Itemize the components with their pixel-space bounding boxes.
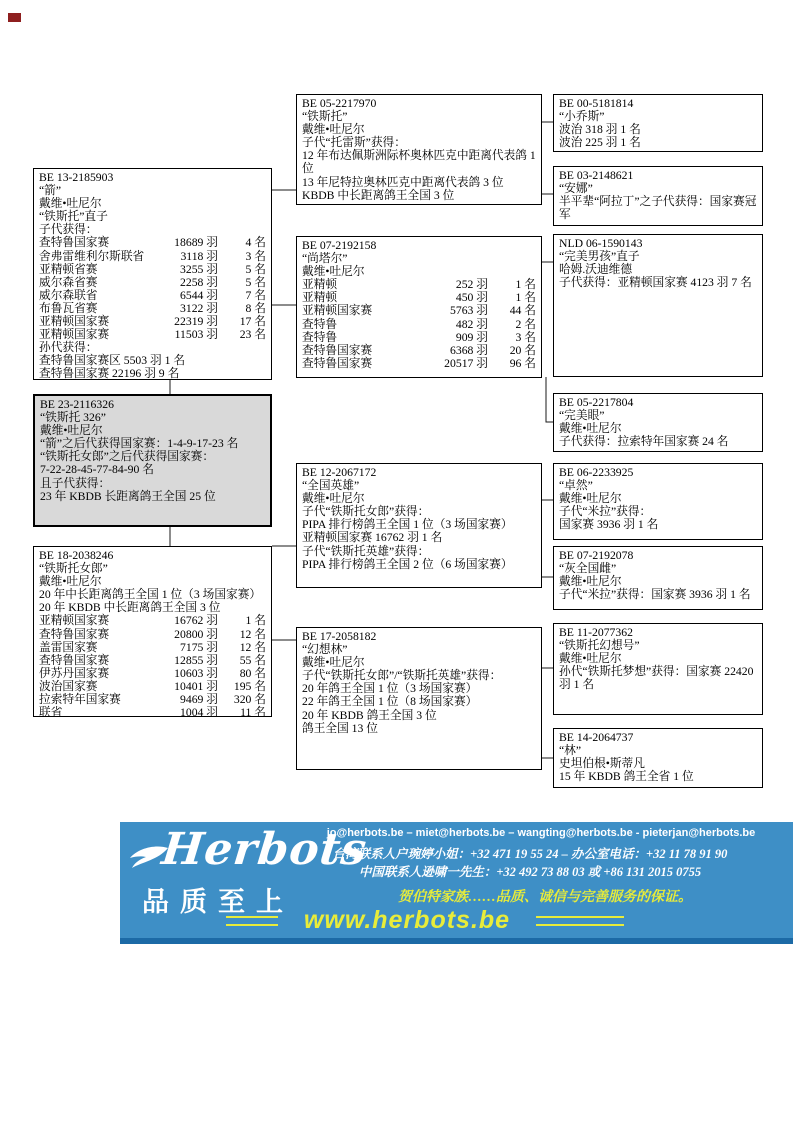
race-result-row: 布鲁瓦省赛3122 羽8 名 bbox=[39, 302, 266, 315]
pedigree-text-line: BE 13-2185903 bbox=[39, 171, 266, 184]
pedigree-box-R6: BE 07-2192078“灰全国雌”戴维•吐尼尔子代“米拉”获得：国家赛 39… bbox=[553, 546, 763, 610]
pedigree-text-line: 孙代获得： bbox=[39, 341, 266, 354]
pedigree-text-line: 23 年 KBDB 长距离鸽王全国 25 位 bbox=[40, 490, 265, 503]
pedigree-text-line: 戴维•吐尼尔 bbox=[39, 197, 266, 210]
pedigree-text-line: 哈姆.沃迪维德 bbox=[559, 263, 757, 276]
result-birds: 16762 羽 bbox=[154, 614, 218, 627]
race-result-row: 联省1004 羽11 名 bbox=[39, 706, 266, 717]
pedigree-text-line: 戴维•吐尼尔 bbox=[559, 492, 757, 505]
pedigree-text-line: 20 年 KBDB 中长距离鸽王全国 3 位 bbox=[39, 601, 266, 614]
result-rank: 12 名 bbox=[218, 641, 266, 654]
result-rank: 1 名 bbox=[488, 291, 536, 304]
pedigree-text-line: 22 年鸽王全国 1 位（8 场国家赛） bbox=[302, 695, 536, 708]
pedigree-text-line: “幻想林” bbox=[302, 643, 536, 656]
pedigree-box-R2: BE 03-2148621“安娜”半平辈“阿拉丁”之子代获得：国家赛冠军 bbox=[553, 166, 763, 226]
result-rank: 12 名 bbox=[218, 628, 266, 641]
pedigree-text-line: 子代“铁斯托女郎”获得： bbox=[302, 505, 536, 518]
pedigree-text-line: “小乔斯” bbox=[559, 110, 757, 123]
pedigree-text-line: 子代“托雷斯”获得： bbox=[302, 136, 536, 149]
result-birds: 2258 羽 bbox=[154, 276, 218, 289]
pedigree-text-line: NLD 06-1590143 bbox=[559, 237, 757, 250]
result-race: 亚精顿国家赛 bbox=[39, 328, 154, 341]
race-result-row: 查特鲁国家赛20517 羽96 名 bbox=[302, 357, 536, 370]
pedigree-text-line: 子代“米拉”获得：国家赛 3936 羽 1 名 bbox=[559, 588, 757, 601]
pedigree-box-R3: NLD 06-1590143“完美男孩”直子哈姆.沃迪维德子代获得：亚精顿国家赛… bbox=[553, 234, 763, 377]
result-birds: 1004 羽 bbox=[154, 706, 218, 717]
pedigree-text-line: 戴维•吐尼尔 bbox=[559, 422, 757, 435]
pedigree-text-line: BE 05-2217804 bbox=[559, 396, 757, 409]
pedigree-box-R5: BE 06-2233925“卓然”戴维•吐尼尔子代“米拉”获得：国家赛 3936… bbox=[553, 463, 763, 540]
pedigree-box-L2: BE 23-2116326“铁斯托 326”戴维•吐尼尔“箭”之后代获得国家赛：… bbox=[33, 394, 272, 527]
family-slogan: 贺伯特家族……品质、诚信与完善服务的保证。 bbox=[315, 886, 775, 906]
result-birds: 6544 羽 bbox=[154, 289, 218, 302]
result-rank: 11 名 bbox=[218, 706, 266, 717]
result-birds: 10401 羽 bbox=[154, 680, 218, 693]
result-rank: 80 名 bbox=[218, 667, 266, 680]
result-birds: 9469 羽 bbox=[154, 693, 218, 706]
race-result-row: 威尔森省赛2258 羽5 名 bbox=[39, 276, 266, 289]
pedigree-text-line: BE 11-2077362 bbox=[559, 626, 757, 639]
pedigree-text-line: PIPA 排行榜鸽王全国 1 位（3 场国家赛） bbox=[302, 518, 536, 531]
result-race: 拉索特年国家赛 bbox=[39, 693, 154, 706]
result-rank: 4 名 bbox=[218, 236, 266, 249]
pedigree-text-line: 20 年中长距离鸽王全国 1 位（3 场国家赛） bbox=[39, 588, 266, 601]
result-birds: 22319 羽 bbox=[154, 315, 218, 328]
pedigree-box-L3: BE 18-2038246“铁斯托女郎”戴维•吐尼尔20 年中长距离鸽王全国 1… bbox=[33, 546, 272, 717]
race-result-row: 查特鲁国家赛12855 羽55 名 bbox=[39, 654, 266, 667]
pedigree-text-line: 史坦伯根•斯蒂凡 bbox=[559, 757, 757, 770]
race-result-row: 亚精顿国家赛16762 羽1 名 bbox=[39, 614, 266, 627]
pedigree-page: BE 13-2185903“箭”戴维•吐尼尔“铁斯托”直子子代获得：查特鲁国家赛… bbox=[0, 0, 793, 1122]
pedigree-text-line: BE 07-2192158 bbox=[302, 239, 536, 252]
pedigree-text-line: 戴维•吐尼尔 bbox=[40, 424, 265, 437]
result-race: 亚精顿 bbox=[302, 291, 424, 304]
scan-artifact bbox=[8, 13, 21, 22]
pedigree-text-line: BE 05-2217970 bbox=[302, 97, 536, 110]
result-birds: 10603 羽 bbox=[154, 667, 218, 680]
result-rank: 3 名 bbox=[488, 331, 536, 344]
race-result-row: 亚精顿国家赛22319 羽17 名 bbox=[39, 315, 266, 328]
result-rank: 5 名 bbox=[218, 263, 266, 276]
result-rank: 3 名 bbox=[218, 250, 266, 263]
result-race: 查特鲁国家赛 bbox=[39, 236, 154, 249]
pedigree-text-line: 20 年鸽王全国 1 位（3 场国家赛） bbox=[302, 682, 536, 695]
website-link[interactable]: www.herbots.be bbox=[304, 906, 510, 935]
race-result-row: 查特鲁国家赛20800 羽12 名 bbox=[39, 628, 266, 641]
result-race: 查特鲁国家赛 bbox=[39, 654, 154, 667]
result-race: 盖雷国家赛 bbox=[39, 641, 154, 654]
pedigree-text-line: “铁斯托” bbox=[302, 110, 536, 123]
website-row: www.herbots.be bbox=[210, 906, 640, 935]
race-result-row: 亚精顿国家赛5763 羽44 名 bbox=[302, 304, 536, 317]
pedigree-box-L1: BE 13-2185903“箭”戴维•吐尼尔“铁斯托”直子子代获得：查特鲁国家赛… bbox=[33, 168, 272, 380]
pedigree-text-line: 孙代“铁斯托梦想”获得：国家赛 22420 羽 1 名 bbox=[559, 665, 757, 691]
result-race: 查特鲁国家赛 bbox=[302, 357, 424, 370]
result-race: 查特鲁 bbox=[302, 331, 424, 344]
pedigree-text-line: 戴维•吐尼尔 bbox=[302, 656, 536, 669]
result-rank: 20 名 bbox=[488, 344, 536, 357]
result-rank: 5 名 bbox=[218, 276, 266, 289]
result-rank: 55 名 bbox=[218, 654, 266, 667]
pedigree-text-line: “铁斯托”直子 bbox=[39, 210, 266, 223]
race-result-row: 亚精顿国家赛11503 羽23 名 bbox=[39, 328, 266, 341]
result-race: 亚精顿国家赛 bbox=[39, 315, 154, 328]
pedigree-box-M3: BE 12-2067172“全国英雄”戴维•吐尼尔子代“铁斯托女郎”获得：PIP… bbox=[296, 463, 542, 588]
pedigree-text-line: 戴维•吐尼尔 bbox=[302, 492, 536, 505]
race-result-row: 盖雷国家赛7175 羽12 名 bbox=[39, 641, 266, 654]
result-race: 亚精顿 bbox=[302, 278, 424, 291]
result-rank: 195 名 bbox=[218, 680, 266, 693]
pedigree-text-line: “全国英雄” bbox=[302, 479, 536, 492]
pedigree-text-line: 7-22-28-45-77-84-90 名 bbox=[40, 463, 265, 476]
pedigree-text-line: 国家赛 3936 羽 1 名 bbox=[559, 518, 757, 531]
pedigree-text-line: BE 06-2233925 bbox=[559, 466, 757, 479]
result-race: 查特鲁国家赛 bbox=[39, 628, 154, 641]
pedigree-text-line: BE 03-2148621 bbox=[559, 169, 757, 182]
pedigree-text-line: 戴维•吐尼尔 bbox=[302, 123, 536, 136]
pedigree-text-line: KBDB 中长距离鸽王全国 3 位 bbox=[302, 189, 536, 202]
pedigree-text-line: 波治 225 羽 1 名 bbox=[559, 136, 757, 149]
result-rank: 320 名 bbox=[218, 693, 266, 706]
result-birds: 3118 羽 bbox=[154, 250, 218, 263]
result-birds: 5763 羽 bbox=[424, 304, 488, 317]
result-race: 查特鲁国家赛 bbox=[302, 344, 424, 357]
pedigree-text-line: 戴维•吐尼尔 bbox=[39, 575, 266, 588]
result-race: 亚精顿国家赛 bbox=[39, 614, 154, 627]
race-result-row: 查特鲁国家赛18689 羽4 名 bbox=[39, 236, 266, 249]
result-race: 亚精顿国家赛 bbox=[302, 304, 424, 317]
result-race: 伊苏丹国家赛 bbox=[39, 667, 154, 680]
result-birds: 20800 羽 bbox=[154, 628, 218, 641]
result-rank: 96 名 bbox=[488, 357, 536, 370]
result-rank: 44 名 bbox=[488, 304, 536, 317]
pedigree-text-line: 子代获得： bbox=[39, 223, 266, 236]
race-result-row: 波治国家赛10401 羽195 名 bbox=[39, 680, 266, 693]
result-race: 查特鲁 bbox=[302, 318, 424, 331]
pedigree-text-line: 查特鲁国家赛 22196 羽 9 名 bbox=[39, 367, 266, 380]
result-birds: 3122 羽 bbox=[154, 302, 218, 315]
race-result-row: 伊苏丹国家赛10603 羽80 名 bbox=[39, 667, 266, 680]
pedigree-box-R7: BE 11-2077362“铁斯托幻想号”戴维•吐尼尔孙代“铁斯托梦想”获得：国… bbox=[553, 623, 763, 715]
pedigree-text-line: 戴维•吐尼尔 bbox=[302, 265, 536, 278]
result-birds: 482 羽 bbox=[424, 318, 488, 331]
pedigree-text-line: “铁斯托女郎” bbox=[39, 562, 266, 575]
pedigree-text-line: 子代“铁斯托英雄”获得： bbox=[302, 545, 536, 558]
result-rank: 7 名 bbox=[218, 289, 266, 302]
pedigree-text-line: “完美眼” bbox=[559, 409, 757, 422]
pedigree-text-line: BE 18-2038246 bbox=[39, 549, 266, 562]
pedigree-box-R4: BE 05-2217804“完美眼”戴维•吐尼尔子代获得：拉索特年国家赛 24 … bbox=[553, 393, 763, 452]
result-birds: 252 羽 bbox=[424, 278, 488, 291]
herbots-banner: Herbots 品质至上 jo@herbots.be – miet@herbot… bbox=[120, 822, 793, 944]
result-birds: 6368 羽 bbox=[424, 344, 488, 357]
pedigree-text-line: “尚塔尔” bbox=[302, 252, 536, 265]
pedigree-box-M2: BE 07-2192158“尚塔尔”戴维•吐尼尔亚精顿252 羽1 名亚精顿45… bbox=[296, 236, 542, 378]
pedigree-text-line: BE 17-2058182 bbox=[302, 630, 536, 643]
china-contact-line: 中国联系人逊啸一先生：+32 492 73 88 03 或 +86 131 20… bbox=[270, 862, 790, 880]
result-race: 威尔森省赛 bbox=[39, 276, 154, 289]
pedigree-text-line: BE 00-5181814 bbox=[559, 97, 757, 110]
pedigree-text-line: “箭”之后代获得国家赛：1-4-9-17-23 名 bbox=[40, 437, 265, 450]
result-race: 联省 bbox=[39, 706, 154, 717]
race-result-row: 亚精顿省赛3255 羽5 名 bbox=[39, 263, 266, 276]
pedigree-text-line: “安娜” bbox=[559, 182, 757, 195]
result-birds: 20517 羽 bbox=[424, 357, 488, 370]
taiwan-contact-line: 台湾联系人户琬婷小姐：+32 471 19 55 24 – 办公室电话：+32 … bbox=[270, 844, 790, 862]
banner-bottom-strip bbox=[120, 938, 793, 944]
race-result-row: 亚精顿252 羽1 名 bbox=[302, 278, 536, 291]
race-result-row: 查特鲁482 羽2 名 bbox=[302, 318, 536, 331]
pedigree-text-line: 12 年布达佩斯洲际杯奥林匹克中距离代表鸽 1 位 bbox=[302, 149, 536, 175]
race-result-row: 拉索特年国家赛9469 羽320 名 bbox=[39, 693, 266, 706]
pedigree-box-M4: BE 17-2058182“幻想林”戴维•吐尼尔子代“铁斯托女郎”/“铁斯托英雄… bbox=[296, 627, 542, 770]
pedigree-text-line: 20 年 KBDB 鸽王全国 3 位 bbox=[302, 709, 536, 722]
pedigree-box-M1: BE 05-2217970“铁斯托”戴维•吐尼尔子代“托雷斯”获得：12 年布达… bbox=[296, 94, 542, 205]
pedigree-box-R1: BE 00-5181814“小乔斯”波治 318 羽 1 名波治 225 羽 1… bbox=[553, 94, 763, 152]
pedigree-text-line: 13 年尼特拉奥林匹克中距离代表鸽 3 位 bbox=[302, 176, 536, 189]
race-result-row: 查特鲁国家赛6368 羽20 名 bbox=[302, 344, 536, 357]
race-result-row: 威尔森联省6544 羽7 名 bbox=[39, 289, 266, 302]
result-race: 波治国家赛 bbox=[39, 680, 154, 693]
pedigree-text-line: “完美男孩”直子 bbox=[559, 250, 757, 263]
result-rank: 1 名 bbox=[218, 614, 266, 627]
pedigree-text-line: 15 年 KBDB 鸽王全省 1 位 bbox=[559, 770, 757, 783]
result-rank: 8 名 bbox=[218, 302, 266, 315]
result-rank: 23 名 bbox=[218, 328, 266, 341]
pedigree-text-line: 戴维•吐尼尔 bbox=[559, 652, 757, 665]
race-result-row: 亚精顿450 羽1 名 bbox=[302, 291, 536, 304]
pedigree-text-line: BE 12-2067172 bbox=[302, 466, 536, 479]
result-race: 布鲁瓦省赛 bbox=[39, 302, 154, 315]
result-birds: 11503 羽 bbox=[154, 328, 218, 341]
result-race: 舍弗雷维利尔斯联省 bbox=[39, 250, 154, 263]
pedigree-text-line: PIPA 排行榜鸽王全国 2 位（6 场国家赛） bbox=[302, 558, 536, 571]
result-race: 威尔森联省 bbox=[39, 289, 154, 302]
pedigree-text-line: 查特鲁国家赛区 5503 羽 1 名 bbox=[39, 354, 266, 367]
pedigree-text-line: 子代“米拉”获得： bbox=[559, 505, 757, 518]
pedigree-text-line: “卓然” bbox=[559, 479, 757, 492]
result-rank: 17 名 bbox=[218, 315, 266, 328]
pedigree-text-line: 子代“铁斯托女郎”/“铁斯托英雄”获得： bbox=[302, 669, 536, 682]
race-result-row: 查特鲁909 羽3 名 bbox=[302, 331, 536, 344]
pedigree-text-line: 且子代获得： bbox=[40, 477, 265, 490]
result-birds: 909 羽 bbox=[424, 331, 488, 344]
pedigree-text-line: BE 23-2116326 bbox=[40, 398, 265, 411]
result-rank: 2 名 bbox=[488, 318, 536, 331]
decorative-double-line bbox=[536, 916, 624, 926]
contact-emails: jo@herbots.be – miet@herbots.be – wangti… bbox=[292, 827, 790, 839]
race-result-row: 舍弗雷维利尔斯联省3118 羽3 名 bbox=[39, 250, 266, 263]
pedigree-text-line: 半平辈“阿拉丁”之子代获得：国家赛冠军 bbox=[559, 195, 757, 221]
pedigree-text-line: “灰全国雌” bbox=[559, 562, 757, 575]
pedigree-text-line: 子代获得：亚精顿国家赛 4123 羽 7 名 bbox=[559, 276, 757, 289]
pedigree-text-line: 戴维•吐尼尔 bbox=[559, 575, 757, 588]
result-race: 亚精顿省赛 bbox=[39, 263, 154, 276]
result-birds: 3255 羽 bbox=[154, 263, 218, 276]
pedigree-text-line: “林” bbox=[559, 744, 757, 757]
pedigree-text-line: “铁斯托女郎”之后代获得国家赛： bbox=[40, 450, 265, 463]
result-birds: 18689 羽 bbox=[154, 236, 218, 249]
pedigree-text-line: “铁斯托幻想号” bbox=[559, 639, 757, 652]
pedigree-box-R8: BE 14-2064737“林”史坦伯根•斯蒂凡15 年 KBDB 鸽王全省 1… bbox=[553, 728, 763, 788]
pedigree-text-line: 波治 318 羽 1 名 bbox=[559, 123, 757, 136]
pedigree-text-line: BE 07-2192078 bbox=[559, 549, 757, 562]
result-rank: 1 名 bbox=[488, 278, 536, 291]
pedigree-text-line: BE 14-2064737 bbox=[559, 731, 757, 744]
pedigree-text-line: “箭” bbox=[39, 184, 266, 197]
pedigree-text-line: 亚精顿国家赛 16762 羽 1 名 bbox=[302, 531, 536, 544]
result-birds: 7175 羽 bbox=[154, 641, 218, 654]
pedigree-text-line: 鸽王全国 13 位 bbox=[302, 722, 536, 735]
result-birds: 450 羽 bbox=[424, 291, 488, 304]
pedigree-text-line: 子代获得：拉索特年国家赛 24 名 bbox=[559, 435, 757, 448]
decorative-double-line bbox=[226, 916, 278, 926]
result-birds: 12855 羽 bbox=[154, 654, 218, 667]
pedigree-text-line: “铁斯托 326” bbox=[40, 411, 265, 424]
